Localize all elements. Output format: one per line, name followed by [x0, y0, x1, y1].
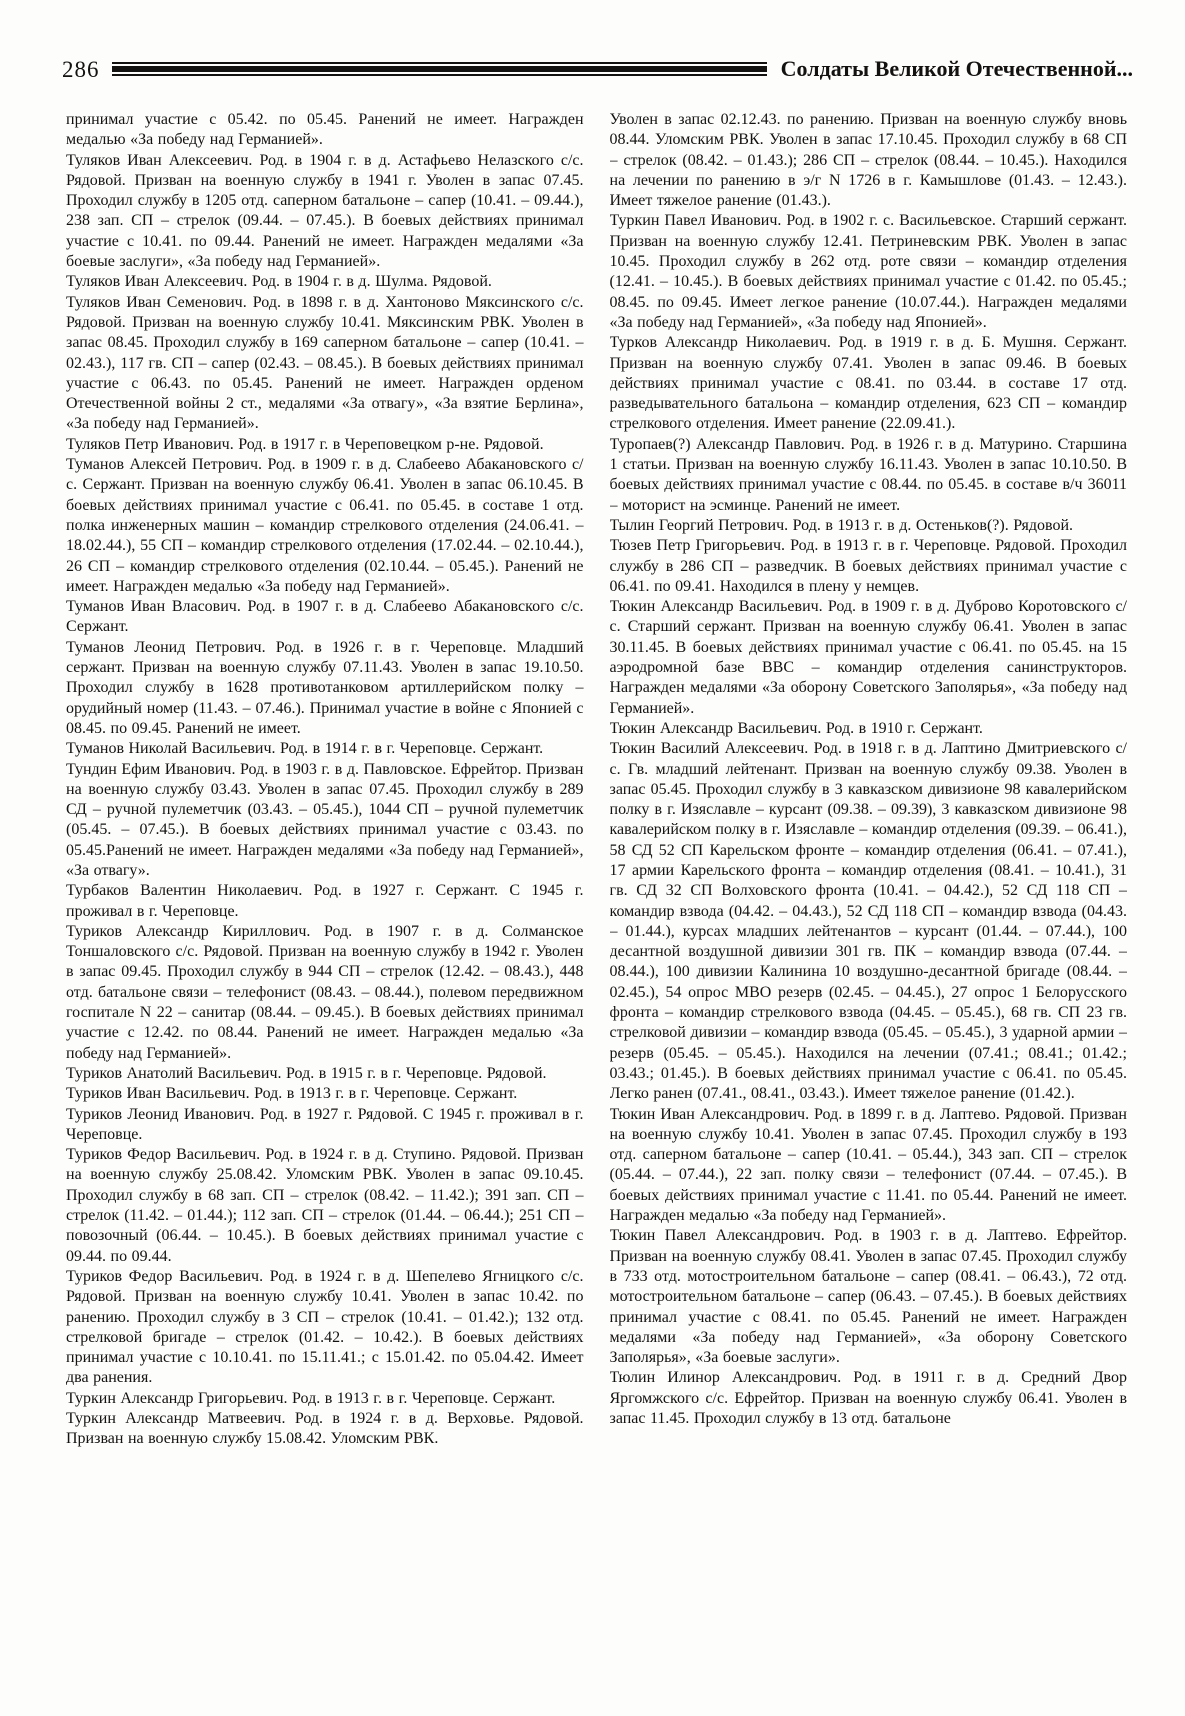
soldier-entry: Туляков Петр Иванович. Род. в 1917 г. в … — [66, 435, 584, 455]
soldier-entry: Уволен в запас 02.12.43. по ранению. При… — [610, 110, 1128, 211]
page-header: 286 Солдаты Великой Отечественной... — [62, 52, 1133, 86]
page-header-title: Солдаты Великой Отечественной... — [781, 58, 1133, 80]
soldier-entry: Туриков Александр Кириллович. Род. в 190… — [66, 922, 584, 1064]
right-column: Уволен в запас 02.12.43. по ранению. При… — [610, 110, 1128, 1694]
soldier-entry: Тюлин Илинор Александрович. Род. в 1911 … — [610, 1368, 1128, 1429]
soldier-entry: Туркин Александр Григорьевич. Род. в 191… — [66, 1389, 584, 1409]
header-rule-thick — [112, 66, 767, 72]
soldier-entry: Тундин Ефим Иванович. Род. в 1903 г. в д… — [66, 760, 584, 882]
soldier-entry: Туляков Иван Семенович. Род. в 1898 г. в… — [66, 293, 584, 435]
text-columns: принимал участие с 05.42. по 05.45. Ране… — [66, 110, 1127, 1694]
soldier-entry: Туропаев(?) Александр Павлович. Род. в 1… — [610, 435, 1128, 516]
soldier-entry: Туманов Алексей Петрович. Род. в 1909 г.… — [66, 455, 584, 597]
soldier-entry: принимал участие с 05.42. по 05.45. Ране… — [66, 110, 584, 151]
soldier-entry: Туманов Леонид Петрович. Род. в 1926 г. … — [66, 638, 584, 739]
soldier-entry: Тюкин Василий Алексеевич. Род. в 1918 г.… — [610, 739, 1128, 1104]
soldier-entry: Туриков Федор Васильевич. Род. в 1924 г.… — [66, 1267, 584, 1389]
soldier-entry: Туриков Федор Васильевич. Род. в 1924 г.… — [66, 1145, 584, 1267]
soldier-entry: Туркин Павел Иванович. Род. в 1902 г. с.… — [610, 211, 1128, 333]
soldier-entry: Турков Александр Николаевич. Род. в 1919… — [610, 333, 1128, 434]
soldier-entry: Туляков Иван Алексеевич. Род. в 1904 г. … — [66, 272, 584, 292]
soldier-entry: Туманов Николай Васильевич. Род. в 1914 … — [66, 739, 584, 759]
soldier-entry: Туляков Иван Алексеевич. Род. в 1904 г. … — [66, 151, 584, 273]
soldier-entry: Туркин Александр Матвеевич. Род. в 1924 … — [66, 1409, 584, 1450]
soldier-entry: Тюкин Павел Александрович. Род. в 1903 г… — [610, 1226, 1128, 1368]
soldier-entry: Тюкин Иван Александрович. Род. в 1899 г.… — [610, 1105, 1128, 1227]
soldier-entry: Туманов Иван Власович. Род. в 1907 г. в … — [66, 597, 584, 638]
soldier-entry: Тюкин Александр Васильевич. Род. в 1909 … — [610, 597, 1128, 719]
book-page: 286 Солдаты Великой Отечественной... при… — [0, 0, 1185, 1716]
header-rule — [112, 60, 767, 78]
soldier-entry: Турбаков Валентин Николаевич. Род. в 192… — [66, 881, 584, 922]
soldier-entry: Тюкин Александр Васильевич. Род. в 1910 … — [610, 719, 1128, 739]
soldier-entry: Туриков Леонид Иванович. Род. в 1927 г. … — [66, 1105, 584, 1146]
soldier-entry: Тюзев Петр Григорьевич. Род. в 1913 г. в… — [610, 536, 1128, 597]
soldier-entry: Туриков Иван Васильевич. Род. в 1913 г. … — [66, 1084, 584, 1104]
header-rule-thin-top — [112, 62, 767, 64]
header-rule-thin-bottom — [112, 74, 767, 76]
page-number: 286 — [62, 58, 100, 81]
soldier-entry: Тылин Георгий Петрович. Род. в 1913 г. в… — [610, 516, 1128, 536]
soldier-entry: Туриков Анатолий Васильевич. Род. в 1915… — [66, 1064, 584, 1084]
left-column: принимал участие с 05.42. по 05.45. Ране… — [66, 110, 584, 1694]
